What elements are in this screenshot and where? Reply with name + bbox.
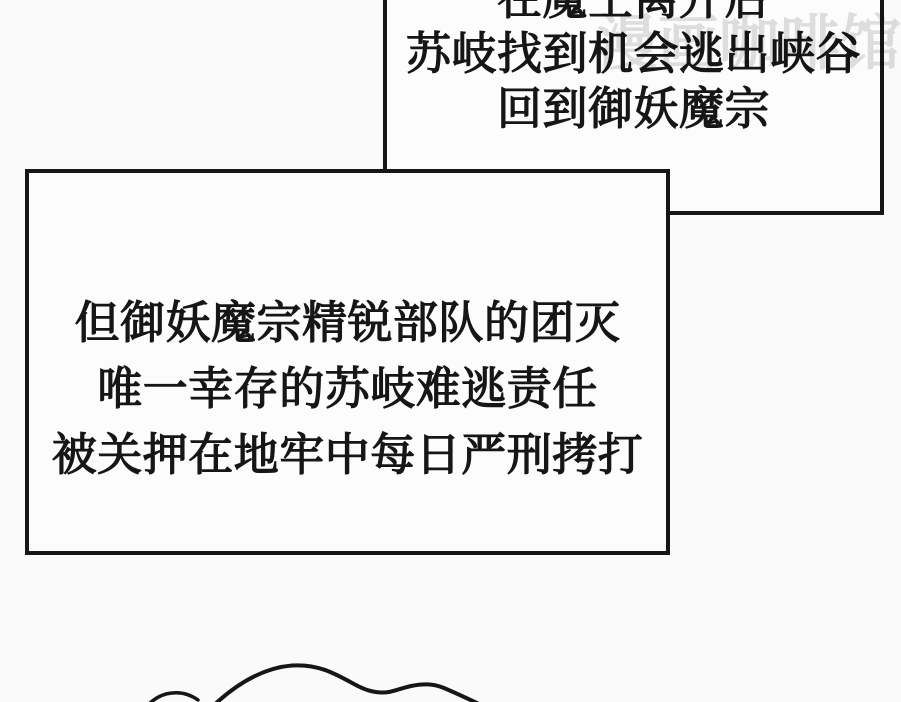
narration-main-line-2: 唯一幸存的苏岐难逃责任: [52, 356, 644, 422]
narration-top-line-2: 苏岐找到机会逃出峡谷: [406, 26, 861, 81]
cloud-outline: [0, 640, 901, 702]
comic-page: 在魔王离开后 苏岐找到机会逃出峡谷 回到御妖魔宗 漫画咖啡馆 但御妖魔宗精锐部队…: [0, 0, 901, 702]
narration-main-text: 但御妖魔宗精锐部队的团灭 唯一幸存的苏岐难逃责任 被关押在地牢中每日严刑拷打: [52, 290, 644, 488]
narration-top-line-3: 回到御妖魔宗: [497, 81, 770, 136]
cloud-outline-main-curve: [212, 665, 485, 702]
cloud-outline-small-arc: [150, 693, 198, 702]
narration-main-line-3: 被关押在地牢中每日严刑拷打: [52, 422, 644, 488]
narration-box-main: 但御妖魔宗精锐部队的团灭 唯一幸存的苏岐难逃责任 被关押在地牢中每日严刑拷打: [25, 169, 670, 555]
narration-main-line-1: 但御妖魔宗精锐部队的团灭: [52, 290, 644, 356]
narration-top-line-1: 在魔王离开后: [497, 0, 770, 26]
